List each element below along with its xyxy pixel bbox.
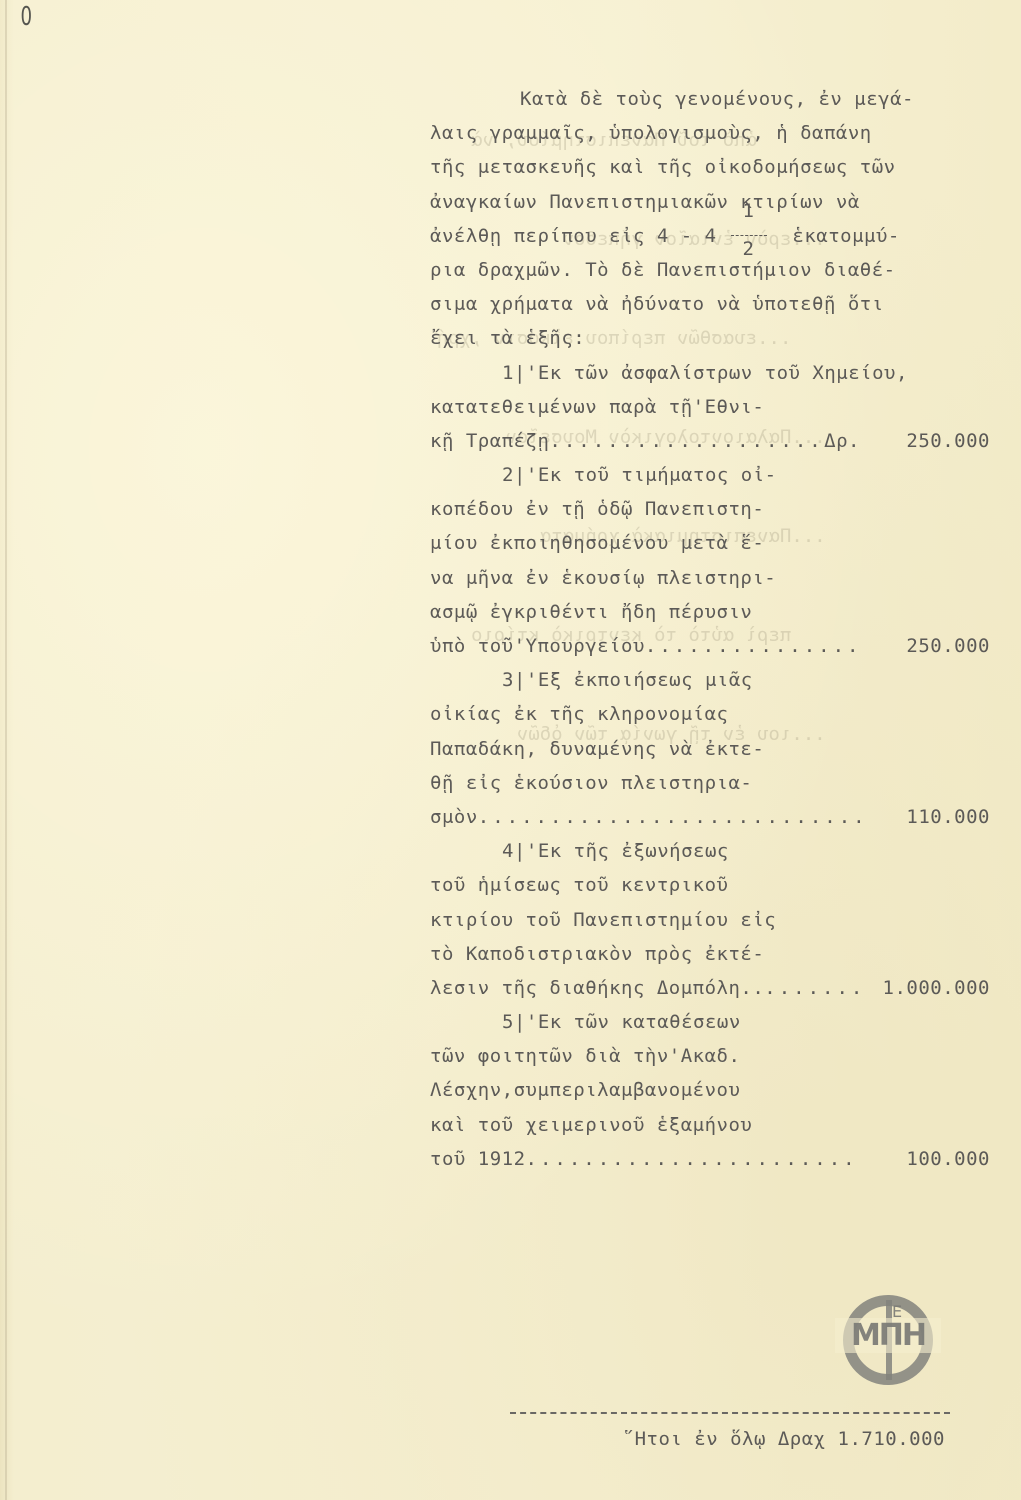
item-heading: 5|'Εκ τῶν καταθέσεων <box>430 1005 990 1039</box>
item-line: καὶ τοῦ χειμερινοῦ ἑξαμήνου <box>430 1108 990 1142</box>
item-amount: 250.000 <box>860 629 990 663</box>
item-heading: 1|'Εκ τῶν ἀσφαλίστρων τοῦ Χημείου, <box>430 356 990 390</box>
item-amount-row: σμὸν....................................… <box>430 800 990 834</box>
item-amount: 110.000 <box>860 800 990 834</box>
item-heading: 4|'Εκ τῆς ἐξωνήσεως <box>430 834 990 868</box>
intro-line: ἀναγκαίων Πανεπιστημιακῶν κτιρίων νὰ <box>430 185 990 219</box>
item-line: κοπέδου ἐν τῇ ὁδῷ Πανεπιστη- <box>430 492 990 526</box>
item-line: Παπαδάκη, δυναμένης νὰ ἐκτε- <box>430 732 990 766</box>
total-label: ῞Ητοι ἐν ὅλῳ Δραχ <box>623 1428 826 1450</box>
item-line: κατατεθειμένων παρὰ τῇ'Εθνι- <box>430 390 990 424</box>
item-line: τοῦ ἡμίσεως τοῦ κεντρικοῦ <box>430 868 990 902</box>
item-heading: 3|'Εξ ἐκποιήσεως μιᾶς <box>430 663 990 697</box>
item-heading: 2|'Εκ τοῦ τιμήματος οἰ- <box>430 458 990 492</box>
item-line: οἰκίας ἐκ τῆς κληρονομίας <box>430 697 990 731</box>
item-line: να μῆνα ἐν ἑκουσίῳ πλειστηρι- <box>430 561 990 595</box>
intro-line-with-fraction: ἀνέλθῃ περίπου εἰς 4 - 4 12 ἑκατομμύ- <box>430 219 990 253</box>
item-amount-row: τοῦ 1912................................… <box>430 1142 990 1176</box>
intro-line: ρια δραχμῶν. Τὸ δὲ Πανεπιστήμιον διαθέ- <box>430 253 990 287</box>
item-amount: 250.000 <box>860 424 990 458</box>
fraction-numerator: 1 <box>729 201 769 221</box>
intro-line: Κατὰ δὲ τοὺς γενομένους, ἐν μεγά- <box>430 82 990 116</box>
total-amount: 1.710.000 <box>838 1428 945 1450</box>
item-last-line: κῇ Τραπέζῃ <box>430 424 549 458</box>
intro-line: ἔχει τὰ ἑξῆς: <box>430 321 990 355</box>
item-line: θῇ εἰς ἑκούσιον πλειστηρια- <box>430 766 990 800</box>
item-amount-row: λεσιν τῆς διαθήκης Δομπόλη..............… <box>430 971 990 1005</box>
item-amount: 1.000.000 <box>860 971 990 1005</box>
intro-text: ἀνέλθῃ περίπου εἰς 4 - 4 <box>430 225 717 247</box>
item-line: τῶν φοιτητῶν διὰ τὴν'Ακαδ. <box>430 1039 990 1073</box>
intro-text: ἑκατομμύ- <box>792 225 899 247</box>
dot-leader: ........................................… <box>645 629 860 663</box>
intro-line: σιμα χρήματα νὰ ἠδύνατο νὰ ὑποτεθῇ ὅτι <box>430 287 990 321</box>
fraction: 12 <box>729 219 769 253</box>
typed-body: Κατὰ δὲ τοὺς γενομένους, ἐν μεγά- λαις γ… <box>430 82 990 1176</box>
intro-line: τῆς μετασκευῆς καὶ τῆς οἰκοδομήσεως τῶν <box>430 150 990 184</box>
dot-leader: ........................................… <box>478 800 860 834</box>
item-amount: 100.000 <box>860 1142 990 1176</box>
dot-leader: ........................................… <box>764 971 860 1005</box>
item-line: τὸ Καποδιστριακὸν πρὸς ἐκτέ- <box>430 937 990 971</box>
item-last-line: σμὸν <box>430 800 478 834</box>
item-last-line: τοῦ 1912 <box>430 1142 526 1176</box>
item-line: Λέσχην,συμπεριλαμβανομένου <box>430 1073 990 1107</box>
item-line: μίου ἐκποιηθησομένου μετὰ ἕ- <box>430 526 990 560</box>
item-last-line: λεσιν τῆς διαθήκης Δομπόλη.. <box>430 971 764 1005</box>
page-mark: 0 <box>20 2 32 32</box>
total-line: ῞Ητοι ἐν ὅλῳ Δραχ 1.710.000 <box>600 1422 945 1456</box>
item-line: ασμῷ ἐγκριθέντι ἤδη πέρυσιν <box>430 595 990 629</box>
item-last-line: ὑπὸ τοῦ'Υπουργείου <box>430 629 645 663</box>
sum-rule <box>510 1412 950 1414</box>
funding-items-list: 1|'Εκ τῶν ἀσφαλίστρων τοῦ Χημείου,κατατε… <box>430 356 990 1177</box>
dot-leader: ........................................… <box>549 424 824 458</box>
item-line: κτιρίου τοῦ Πανεπιστημίου εἰς <box>430 903 990 937</box>
dot-leader: ........................................… <box>526 1142 860 1176</box>
fraction-bar <box>731 235 767 236</box>
item-amount-row: ὑπὸ τοῦ'Υπουργείου......................… <box>430 629 990 663</box>
item-amount-row: κῇ Τραπέζῃ..............................… <box>430 424 990 458</box>
page-edge <box>5 0 7 1500</box>
intro-line: λαις γραμμαῖς, ὑπολογισμοὺς, ἡ δαπάνη <box>430 116 990 150</box>
archive-stamp-label: ΜΠΗ <box>835 1318 941 1353</box>
item-currency: Δρ. <box>824 424 860 458</box>
